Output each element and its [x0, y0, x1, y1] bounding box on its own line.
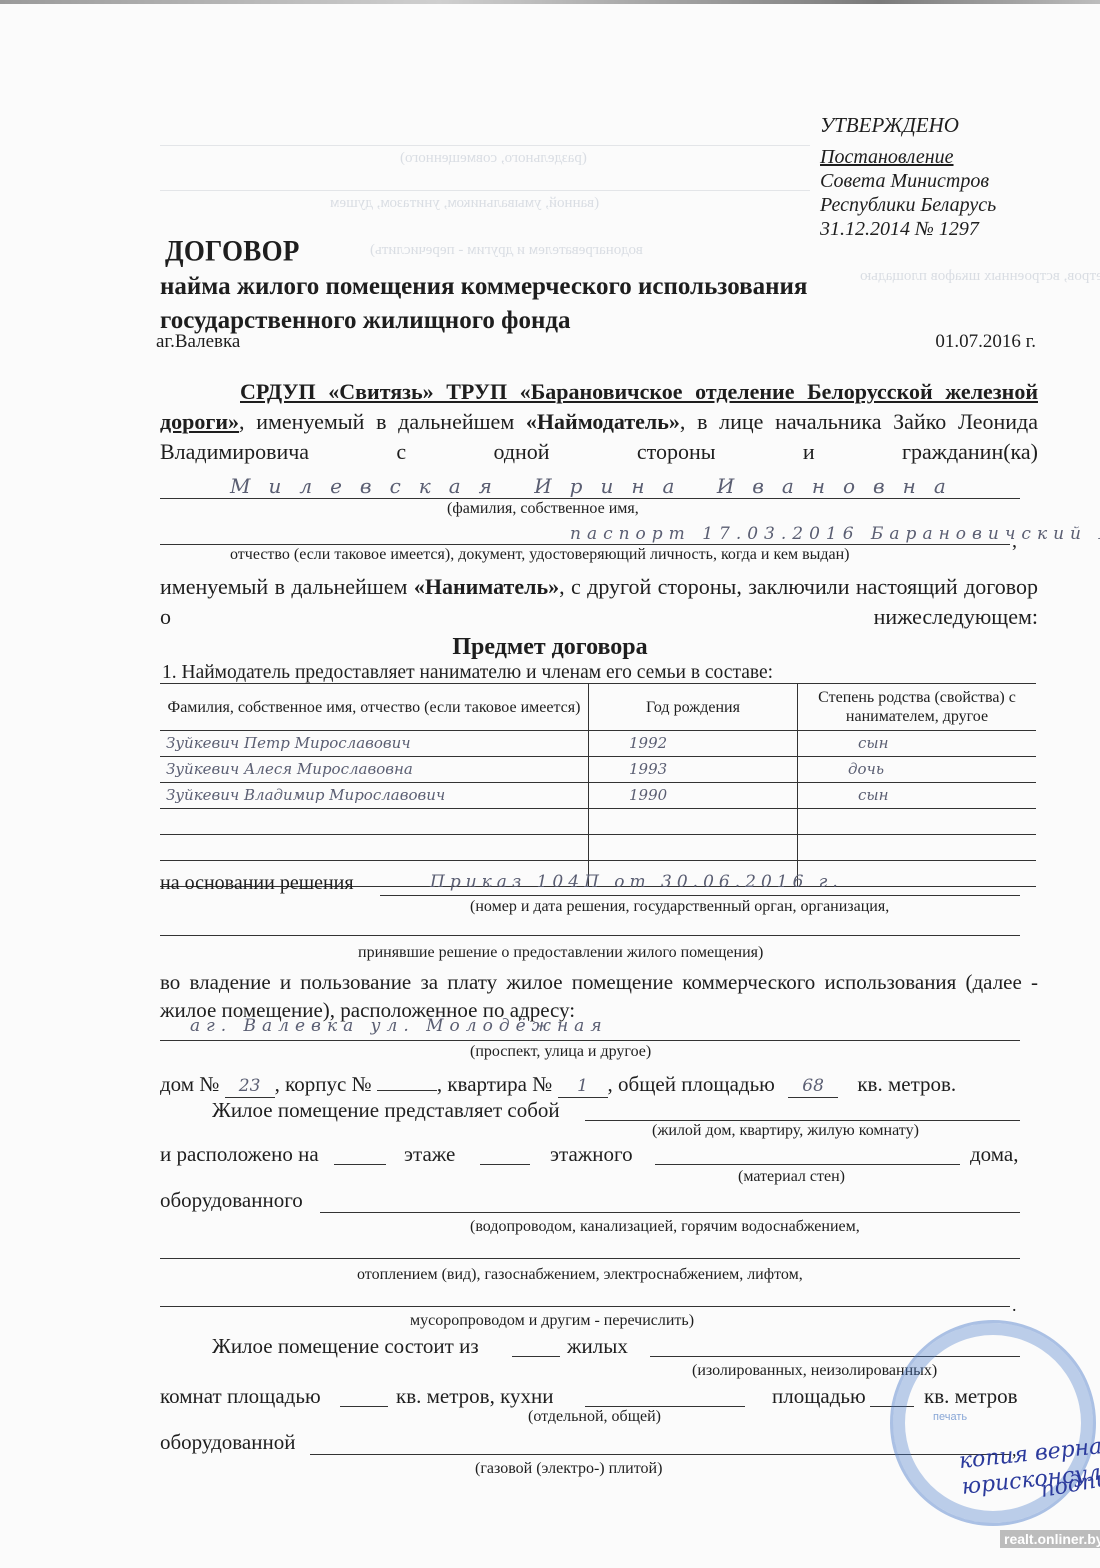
member-birth-year: 1990	[629, 786, 667, 804]
member-name: Зуйкевич Петр Мирославович	[166, 734, 411, 752]
kitchen-area-label: площадью	[772, 1384, 866, 1409]
premises-label: Жилое помещение представляет собой	[212, 1098, 560, 1123]
family-members-table: Фамилия, собственное имя, отчество (если…	[160, 683, 1036, 887]
empty-cell	[589, 809, 798, 835]
member-birth-year: 1992	[629, 734, 667, 752]
member-relation: сын	[858, 786, 889, 804]
column-header: Фамилия, собственное имя, отчество (если…	[160, 684, 589, 731]
rooms-count-field	[512, 1356, 560, 1357]
house-label: дом №	[160, 1072, 219, 1096]
empty-cell	[798, 809, 1037, 835]
bleed-line	[160, 190, 810, 191]
fill-line	[160, 935, 1020, 936]
caption: (материал стен)	[738, 1168, 845, 1186]
stove-label: оборудованной	[160, 1430, 295, 1455]
apartment-label: , квартира №	[437, 1072, 552, 1096]
floor-word: этаже	[404, 1142, 455, 1167]
caption: (газовой (электро-) плитой)	[475, 1460, 662, 1478]
section-title: Предмет договора	[0, 634, 1100, 661]
contract-place: аг.Валевка	[156, 331, 240, 353]
bleed-line	[160, 145, 810, 146]
member-relation: сын	[858, 734, 889, 752]
storeys-field	[480, 1164, 530, 1165]
rooms-area-label: комнат площадью	[160, 1384, 321, 1409]
caption: (проспект, улица и другое)	[470, 1043, 651, 1061]
table-row	[160, 809, 1036, 835]
preamble-paragraph: СРДУП «Свитязь» ТРУП «Барановичское отде…	[160, 377, 1038, 467]
empty-cell	[160, 835, 589, 861]
bleed-through-text: (раздельного, совмещенного)	[400, 150, 587, 167]
address-handwritten: аг. Валевка ул. Молодёжная	[190, 1016, 608, 1036]
member-name: Зуйкевич Владимир Мирославович	[166, 786, 445, 804]
member-name: Зуйкевич Алеся Мирославовна	[166, 760, 413, 778]
fill-line	[380, 895, 1020, 896]
text: , именуемый в дальнейшем	[239, 409, 526, 434]
clause-1: 1. Наймодатель предоставляет нанимателю …	[162, 662, 773, 684]
corpus-number	[377, 1090, 437, 1091]
rooms-label: Жилое помещение состоит из	[212, 1334, 479, 1359]
caption: отоплением (вид), газоснабжением, электр…	[357, 1266, 803, 1284]
column-header: Год рождения	[589, 684, 798, 731]
caption: (фамилия, собственное имя,	[447, 500, 639, 518]
caption: мусоропроводом и другим - перечислить)	[410, 1312, 694, 1330]
approval-line: Республики Беларусь	[820, 193, 996, 217]
sqm-kitchen-label: кв. метров, кухни	[396, 1384, 553, 1409]
floor-label: и расположено на	[160, 1142, 319, 1167]
caption: отчество (если таковое имеется), докумен…	[230, 546, 850, 564]
period: .	[1012, 1295, 1017, 1316]
column-header: Степень родства (свойства) с нанимателем…	[798, 684, 1037, 731]
empty-cell	[160, 809, 589, 835]
storey-word: этажного	[550, 1142, 633, 1167]
bleed-through-text: водонагревателем и другим - перечислить)	[370, 242, 643, 259]
approval-line: Постановление	[820, 145, 996, 169]
fill-line	[160, 1040, 1020, 1041]
house-number: 23	[239, 1076, 261, 1096]
fill-line	[320, 1212, 1020, 1213]
fill-line	[160, 1306, 1010, 1307]
subtitle-line: государственного жилищного фонда	[160, 304, 920, 338]
empty-cell	[798, 835, 1037, 861]
fill-line	[160, 544, 1010, 545]
approval-line: Совета Министров	[820, 169, 996, 193]
bleed-through-text: (ванной, умывальником, унитазом, душем	[330, 195, 599, 212]
area-unit: кв. метров.	[857, 1072, 956, 1096]
corpus-label: , корпус №	[275, 1072, 372, 1096]
decision-label: на основании решения	[160, 872, 354, 895]
tenant-role: «Наниматель»	[414, 574, 559, 599]
table-row: Зуйкевич Владимир Мирославович 1990 сын	[160, 783, 1036, 809]
caption: (водопроводом, канализацией, горячим вод…	[470, 1218, 860, 1236]
table-row	[160, 835, 1036, 861]
text: именуемый в дальнейшем	[160, 574, 414, 599]
tenant-document-handwritten: паспорт 17.03.2016 Барановичский РОВД	[570, 524, 1100, 544]
living-word: жилых	[567, 1334, 628, 1359]
scan-edge	[0, 0, 1100, 4]
wall-material-field	[655, 1164, 960, 1165]
caption: (номер и дата решения, государственный о…	[470, 898, 889, 916]
area-label: , общей площадью	[608, 1072, 775, 1096]
tenant-paragraph: именуемый в дальнейшем «Наниматель», с д…	[160, 572, 1038, 632]
fill-line	[160, 1258, 1020, 1259]
contract-date: 01.07.2016 г.	[935, 331, 1036, 353]
approval-line: 31.12.2014 № 1297	[820, 217, 996, 241]
table-row: Зуйкевич Петр Мирославович 1992 сын	[160, 731, 1036, 757]
decision-handwritten: Приказ 104П от 30.06.2016 г.	[430, 872, 843, 892]
caption: (отдельной, общей)	[528, 1408, 661, 1426]
approval-heading: УТВЕРЖДЕНО	[820, 113, 996, 137]
approval-block: УТВЕРЖДЕНО Постановление Совета Министро…	[820, 113, 996, 241]
kitchen-type-field	[585, 1406, 745, 1407]
house-details-line: дом № 23, корпус № , квартира № 1, общей…	[160, 1072, 956, 1098]
subtitle-line: найма жилого помещения коммерческого исп…	[160, 270, 920, 304]
document-title: ДОГОВОР	[165, 235, 300, 268]
landlord-role: «Наймодатель»	[526, 409, 680, 434]
house-word: дома,	[970, 1142, 1019, 1167]
apartment-number: 1	[577, 1076, 588, 1096]
fill-line	[585, 1120, 1020, 1121]
caption: принявшие решение о предоставлении жилог…	[358, 944, 763, 962]
comma: ,	[1012, 530, 1017, 553]
document-subtitle: найма жилого помещения коммерческого исп…	[160, 270, 920, 338]
member-birth-year: 1993	[629, 760, 667, 778]
tenant-name-handwritten: Милевская Ирина Ивановна	[230, 474, 964, 498]
member-relation: дочь	[848, 760, 884, 778]
rooms-area-field	[340, 1406, 388, 1407]
floor-field	[334, 1164, 386, 1165]
table-row: Зуйкевич Алеся Мирославовна 1993 дочь	[160, 757, 1036, 783]
fill-line	[160, 498, 1020, 499]
total-area: 68	[802, 1076, 824, 1096]
caption: (жилой дом, квартиру, жилую комнату)	[652, 1122, 919, 1140]
equipped-label: оборудованного	[160, 1188, 303, 1213]
empty-cell	[589, 835, 798, 861]
stamp-text: печать	[933, 1411, 967, 1423]
watermark: realt.onliner.by	[1000, 1530, 1100, 1548]
